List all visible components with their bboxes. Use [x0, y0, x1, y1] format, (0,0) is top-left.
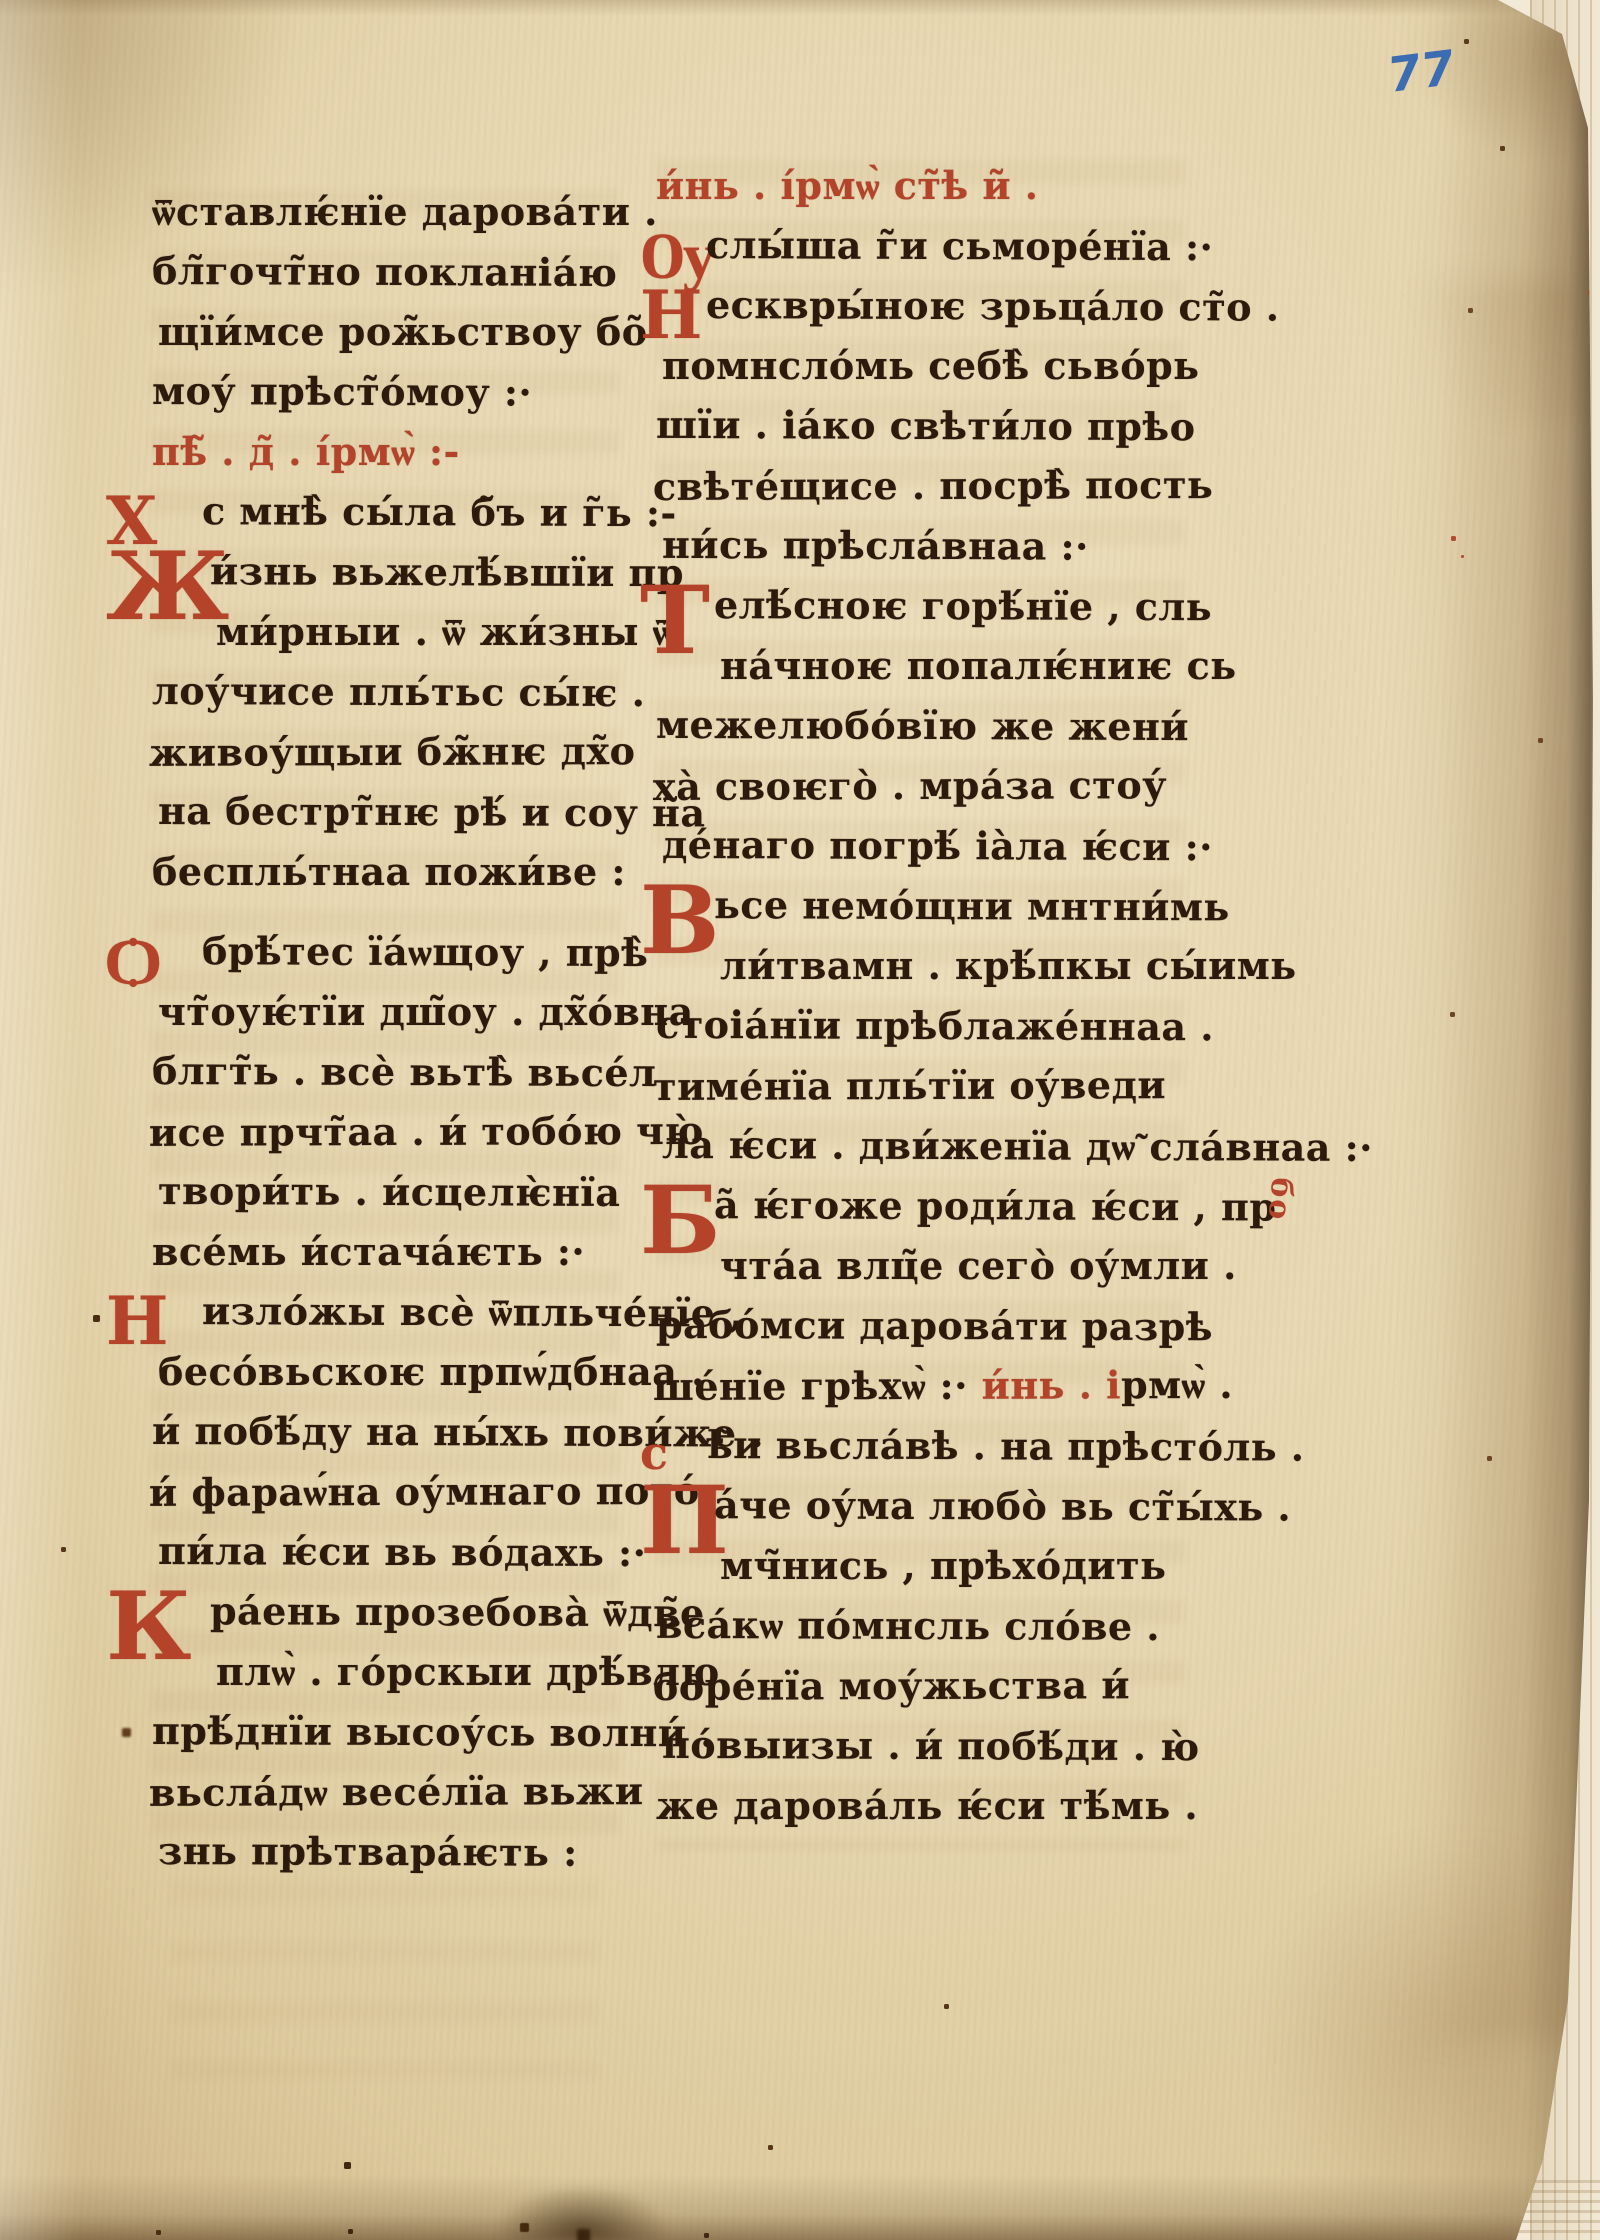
text-line: рабо́мси дарова́ти разрѣ [656, 1295, 1192, 1357]
text-line: помнсло́мь себѣ̀ сьво́рь [662, 336, 1192, 396]
text-line: межелюбо́вїю же жени́ [656, 695, 1192, 757]
red-ink-specks [0, 0, 1, 1]
text-line: мч̃нись , прѣхо́дить [662, 1536, 1192, 1596]
text-line: плѡ̀ . го́рскыи дрѣ́влю [158, 1642, 630, 1702]
text-line: по́выизы . и́ побѣ́ди . ю̀ [662, 1715, 1192, 1777]
text-line: брѣ́тес їа́ѡщоу , прѣ̀ [152, 921, 630, 983]
text-line: бесо́вьскоѥ прпѡ́дбнаа . [158, 1342, 630, 1402]
manuscript-photo: 77 ѿставлѥ́нїе дарова́ти .бл̃гочт̃но пок… [0, 0, 1600, 2240]
text-line: изло́жы всѐ ѿпльче́нїе , [152, 1281, 630, 1343]
paragraph: Низло́жы всѐ ѿпльче́нїе ,бесо́вьскоѥ прп… [152, 1282, 630, 1582]
paragraph: Ѻбрѣ́тес їа́ѡщоу , прѣ̀чт̃оуѥ́тїи дш̃оу … [152, 922, 630, 1282]
manuscript-page: 77 ѿставлѥ́нїе дарова́ти .бл̃гочт̃но пок… [0, 0, 1600, 2240]
text-line: ла ѥ́си . дви́женїа дѡ̃ сла́внаа :· [662, 1115, 1192, 1177]
paragraph: Телѣ́сноѥ горѣ́нїе , сльна́чноѥ попалѥ́н… [656, 576, 1192, 876]
paragraph: Кра́ень прозебова̀ ѿдв̃еплѡ̀ . го́рскыи … [152, 1582, 630, 1882]
text-segment: рмѡ̀ . [1121, 1362, 1233, 1407]
text-line: вса́кѡ по́мнсль сло́ве . [656, 1595, 1192, 1657]
paragraph: ѿставлѥ́нїе дарова́ти .бл̃гочт̃но поклан… [152, 182, 630, 422]
text-line: свѣте́щисе . посрѣ̀ пость [653, 455, 1192, 517]
rubric-header-line: и́нь . і́рмѡ̀ ст̃ѣ и̃ . [656, 156, 1192, 216]
text-line: все́мь и́стача́ѥть :· [152, 1222, 630, 1282]
text-line: прѣ́днїи высоу́сь волни́ . [152, 1701, 630, 1763]
text-line: вьсла́дѡ весе́лїа вьжи [149, 1761, 630, 1823]
text-line: знь прѣтвара́ѥть : [158, 1821, 630, 1883]
text-line: слы́ша г̃и сьморе́нїа :· [656, 215, 1192, 277]
rubric-header-line: пѣ̃ . д̃ . і́рмѡ̀ :- [152, 422, 630, 482]
text-line: тиме́нїа пль́тїи оу́веди [653, 1055, 1192, 1117]
text-line: шїи . іа́ко свѣти́ло прѣо [656, 395, 1192, 457]
text-line: блгт̃ь . всѐ вьтѣ̀ вьсе́л [152, 1041, 630, 1103]
text-line: и́ фараѡ́на оу́мнаго пото́ [149, 1461, 630, 1523]
folio-number: 77 [1388, 40, 1455, 105]
rubric-paragraph: и́нь . і́рмѡ̀ ст̃ѣ и̃ . [656, 156, 1192, 216]
text-line: и́знь вьжелѣ́вшїи пр [152, 541, 630, 603]
text-line: живоу́щыи бж̃нѥ дх̃о [149, 721, 630, 783]
text-line: лоу́чисе пль́тьс сы́ѥ . [152, 661, 630, 723]
text-line: ше́нїе грѣхѡ̀ :· и́нь . ірмѡ̀ . [653, 1355, 1192, 1417]
text-line: исе прчт̃аа . и́ тобо́ю чю̀ [149, 1101, 630, 1163]
rubric-segment: и́нь . і [982, 1362, 1122, 1407]
text-segment: ше́нїе грѣхѡ̀ :· [653, 1363, 982, 1409]
paragraph: Ба̃ ѥ́гоже роди́ла ѥ́си , прчта́а влц̃е … [656, 1176, 1192, 1416]
paragraph: Несквры́ноѥ зрьца́ло ст̃о .помнсло́мь се… [656, 276, 1192, 576]
text-line: ли́твамн . крѣ́пкы сы́имь [662, 936, 1192, 996]
rubric-paragraph: пѣ̃ . д̃ . і́рмѡ̀ :- [152, 422, 630, 482]
text-line: ни́сь прѣсла́внаа :· [662, 515, 1192, 577]
text-line: чт̃оуѥ́тїи дш̃оу . дх̃о́вна [158, 982, 630, 1042]
bottom-edge-blot [498, 2186, 668, 2240]
paragraph: Жи́знь вьжелѣ́вшїи прми́рныи . ѿ жи́зны … [152, 542, 630, 902]
text-line: ра́ень прозебова̀ ѿдв̃е [152, 1581, 630, 1643]
text-line: моу́ прѣст̃о́моу :· [152, 361, 630, 423]
text-line: твори́ть . и́сцелѥ̀нїа [158, 1161, 630, 1223]
text-line: стоіа́нїи прѣблаже́ннаа . [656, 995, 1192, 1057]
text-line: бл̃гочт̃но покланіа́ю [152, 241, 630, 303]
left-edge-highlight [0, 0, 80, 2240]
text-line: ѣ̃и вьсла́вѣ . на прѣсто́ль . [656, 1415, 1192, 1477]
paragraph: Вьсе немо́щни мнтни́мьли́твамн . крѣ́пкы… [656, 876, 1192, 1176]
text-line: ьсе немо́щни мнтни́мь [656, 875, 1192, 937]
verso-showthrough-bottom [170, 1880, 600, 2080]
text-line: на бестрт̃нѥ рѣ́ и соу н̃а [158, 781, 630, 843]
text-line: же дарова́ль ѥ́си тѣ́мь . [656, 1776, 1192, 1836]
text-line: чта́а влц̃е сего̀ оу́мли . [662, 1236, 1192, 1296]
text-line: а́че оу́ма любо̀ вь ст̃ы́хь . [656, 1475, 1192, 1537]
text-line: а̃ ѥ́гоже роди́ла ѥ́си , пр [656, 1175, 1192, 1237]
text-line: на́чноѥ попалѥ́ниѥ сь [662, 636, 1192, 696]
text-line: есквры́ноѥ зрьца́ло ст̃о . [656, 275, 1192, 337]
text-line: пи́ла ѥ́си вь во́дахь :· [158, 1521, 630, 1583]
text-line: беспль́тнаа пожи́ве : [152, 842, 630, 902]
paragraph: Ѹслы́ша г̃и сьморе́нїа :· [656, 216, 1192, 276]
text-line: де́наго погрѣ́ іа̀ла ѥ́си :· [662, 815, 1192, 877]
paragraph: сѣ̃и вьсла́вѣ . на прѣсто́ль . [656, 1416, 1192, 1476]
margin-note: бо [1261, 1176, 1300, 1223]
text-column-left: ѿставлѥ́нїе дарова́ти .бл̃гочт̃но поклан… [152, 182, 630, 1882]
text-line: щїи́мсе рож̃ьствоу бо̃ [158, 302, 630, 362]
paragraph: Па́че оу́ма любо̀ вь ст̃ы́хь .мч̃нись , … [656, 1476, 1192, 1836]
text-line: и́ побѣ́ду на ны́хь пови́же . [152, 1401, 630, 1463]
text-line: ха̀ своѥго̀ . мра́за стоу́ [653, 755, 1192, 817]
text-line: ѿставлѥ́нїе дарова́ти . [152, 182, 630, 242]
text-line: елѣ́сноѥ горѣ́нїе , сль [656, 575, 1192, 637]
text-line: боре́нїа моу́жьства и́ [653, 1655, 1192, 1717]
text-column-right: и́нь . і́рмѡ̀ ст̃ѣ и̃ .Ѹслы́ша г̃и сьмор… [656, 156, 1192, 1836]
